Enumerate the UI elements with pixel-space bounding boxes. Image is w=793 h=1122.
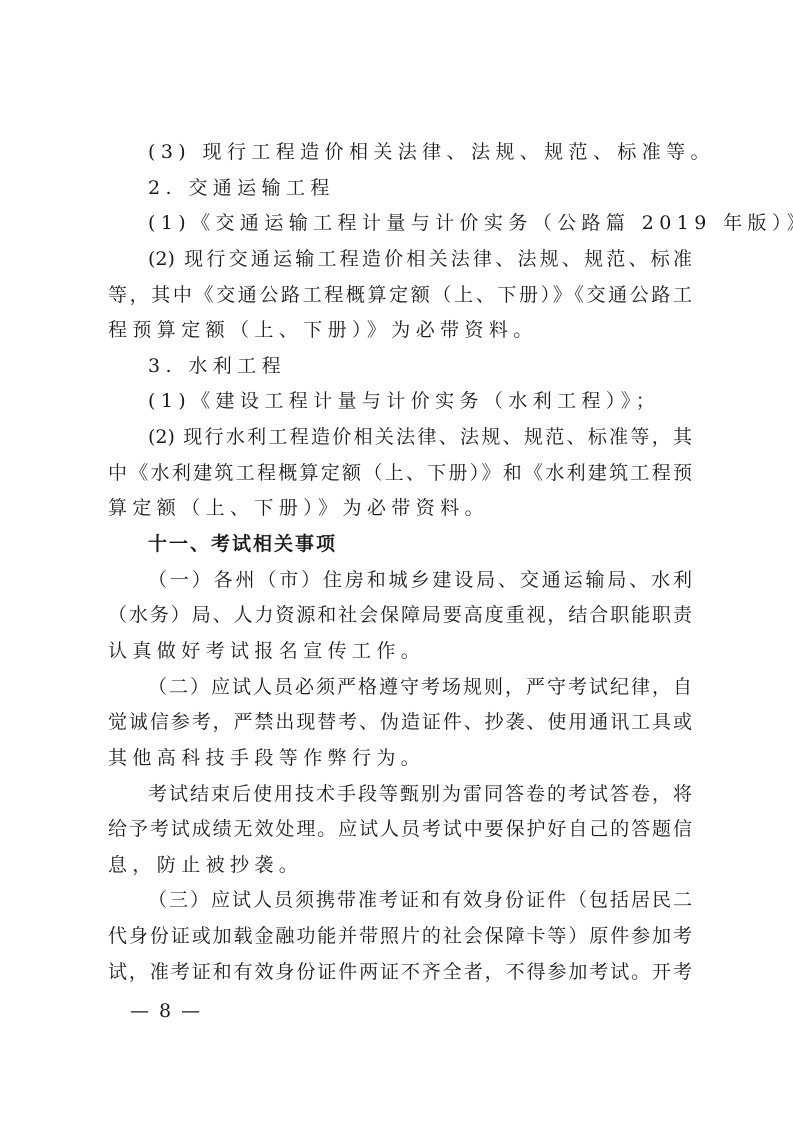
document-page: (3) 现行工程造价相关法律、法规、规范、标准等。 2. 交通运输工程 (1)《… xyxy=(108,135,692,990)
text-line: 息，防止被抄袭。 xyxy=(108,848,692,884)
text-line: 给予考试成绩无效处理。应试人员考试中要保护好自己的答题信 xyxy=(108,812,692,848)
section-subheading-transport: 2. 交通运输工程 xyxy=(108,171,692,207)
text-line: (2) 现行水利工程造价相关法律、法规、规范、标准等，其 xyxy=(108,420,692,456)
text-line: （二）应试人员必须严格遵守考场规则，严守考试纪律，自 xyxy=(108,670,692,706)
text-line: 代身份证或加载金融功能并带照片的社会保障卡等）原件参加考 xyxy=(108,919,692,955)
section-subheading-water: 3. 水利工程 xyxy=(108,349,692,385)
text-line: 算定额（上、下册）》为必带资料。 xyxy=(108,491,692,527)
text-line: (1)《建设工程计量与计价实务（水利工程）》； xyxy=(108,384,692,420)
text-line: 试，准考证和有效身份证件两证不齐全者，不得参加考试。开考 xyxy=(108,955,692,991)
text-line: 考试结束后使用技术手段等甄别为雷同答卷的考试答卷，将 xyxy=(108,777,692,813)
page-number: — 8 — xyxy=(130,997,202,1025)
section-heading-exam-matters: 十一、考试相关事项 xyxy=(108,527,692,563)
text-line: 觉诚信参考，严禁出现替考、伪造证件、抄袭、使用通讯工具或 xyxy=(108,705,692,741)
text-line: （水务）局、人力资源和社会保障局要高度重视，结合职能职责 xyxy=(108,598,692,634)
text-line: 认真做好考试报名宣传工作。 xyxy=(108,634,692,670)
text-line: （三）应试人员须携带准考证和有效身份证件（包括居民二 xyxy=(108,883,692,919)
text-line: 中《水利建筑工程概算定额（上、下册）》和《水利建筑工程预 xyxy=(108,456,692,492)
text-line: (2) 现行交通运输工程造价相关法律、法规、规范、标准 xyxy=(108,242,692,278)
text-line: (1)《交通运输工程计量与计价实务（公路篇 2019 年版）》； xyxy=(108,206,692,242)
text-line: 其他高科技手段等作弊行为。 xyxy=(108,741,692,777)
text-line: (3) 现行工程造价相关法律、法规、规范、标准等。 xyxy=(108,135,692,171)
text-line: 程预算定额（上、下册）》为必带资料。 xyxy=(108,313,692,349)
text-line: 等，其中《交通公路工程概算定额（上、下册）》《交通公路工 xyxy=(108,278,692,314)
text-line: （一）各州（市）住房和城乡建设局、交通运输局、水利 xyxy=(108,563,692,599)
